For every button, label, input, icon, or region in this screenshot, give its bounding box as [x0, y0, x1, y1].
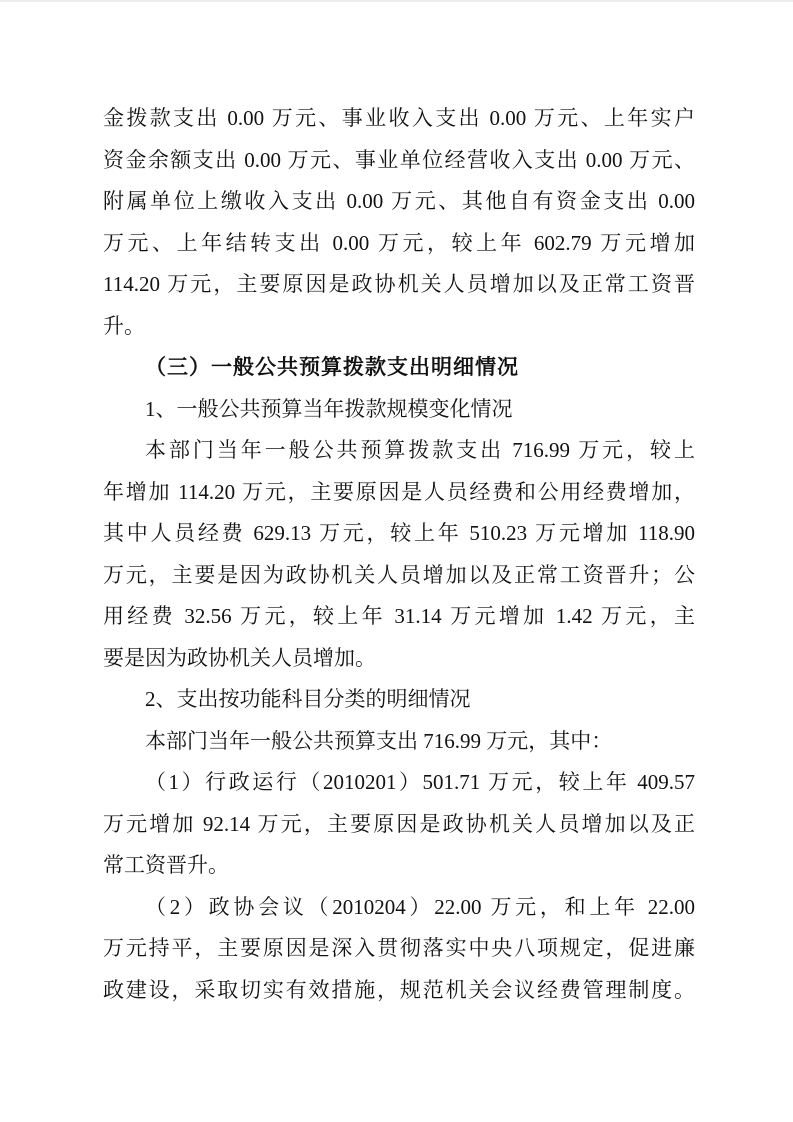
text-line: 1、一般公共预算当年拨款规模变化情况 [103, 389, 695, 431]
text-line: 万元持平，主要原因是深入贯彻落实中央八项规定，促进廉 [103, 928, 695, 970]
text-line: 2、支出按功能科目分类的明细情况 [103, 679, 695, 721]
paragraph-budget-total-intro: 本部门当年一般公共预算支出 716.99 万元，其中： [103, 721, 695, 763]
text-line: 万元增加 92.14 万元，主要原因是政协机关人员增加以及正 [103, 804, 695, 846]
document-page: 金拨款支出 0.00 万元、事业收入支出 0.00 万元、上年实户 资金余额支出… [0, 0, 793, 1122]
text-line: 本部门当年一般公共预算拨款支出 716.99 万元，较上 [103, 430, 695, 472]
text-line: 升。 [103, 306, 695, 348]
text-line: 万元、上年结转支出 0.00 万元，较上年 602.79 万元增加 [103, 223, 695, 265]
text-line: 常工资晋升。 [103, 845, 695, 887]
text-line: 本部门当年一般公共预算支出 716.99 万元，其中： [103, 721, 695, 763]
paragraph-item-1-admin-operation: （1）行政运行（2010201）501.71 万元，较上年 409.57 万元增… [103, 762, 695, 887]
subsection-title-2: 2、支出按功能科目分类的明细情况 [103, 679, 695, 721]
text-line: 政建设，采取切实有效措施，规范机关会议经费管理制度。 [103, 970, 695, 1012]
paragraph-budget-scale-change: 本部门当年一般公共预算拨款支出 716.99 万元，较上 年增加 114.20 … [103, 430, 695, 679]
text-line: 114.20 万元，主要原因是政协机关人员增加以及正常工资晋 [103, 264, 695, 306]
text-line: 万元，主要是因为政协机关人员增加以及正常工资晋升；公 [103, 555, 695, 597]
text-line: 要是因为政协机关人员增加。 [103, 638, 695, 680]
text-line: 年增加 114.20 万元，主要原因是人员经费和公用经费增加， [103, 472, 695, 514]
text-line: （1）行政运行（2010201）501.71 万元，较上年 409.57 [103, 762, 695, 804]
section-heading-3: （三）一般公共预算拨款支出明细情况 [103, 347, 695, 389]
text-line: （2）政协会议（2010204）22.00 万元，和上年 22.00 [103, 887, 695, 929]
text-line: 附属单位上缴收入支出 0.00 万元、其他自有资金支出 0.00 [103, 181, 695, 223]
text-line: 用经费 32.56 万元，较上年 31.14 万元增加 1.42 万元，主 [103, 596, 695, 638]
paragraph-item-2-cppcc-meeting: （2）政协会议（2010204）22.00 万元，和上年 22.00 万元持平，… [103, 887, 695, 1012]
text-line: 金拨款支出 0.00 万元、事业收入支出 0.00 万元、上年实户 [103, 98, 695, 140]
text-line: 其中人员经费 629.13 万元，较上年 510.23 万元增加 118.90 [103, 513, 695, 555]
text-line: 资金余额支出 0.00 万元、事业单位经营收入支出 0.00 万元、 [103, 140, 695, 182]
section-heading-text: （三）一般公共预算拨款支出明细情况 [103, 347, 695, 389]
subsection-title-1: 1、一般公共预算当年拨款规模变化情况 [103, 389, 695, 431]
paragraph-carryover-funding: 金拨款支出 0.00 万元、事业收入支出 0.00 万元、上年实户 资金余额支出… [103, 98, 695, 347]
